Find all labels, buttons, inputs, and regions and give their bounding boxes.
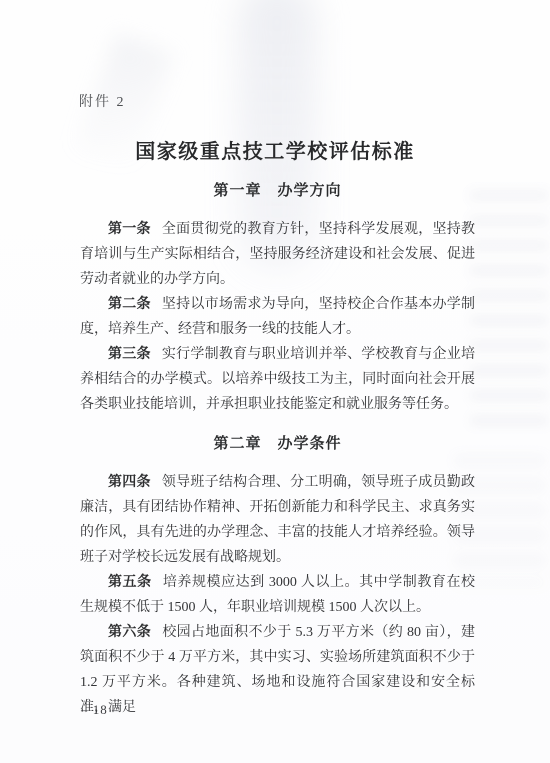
article-6-label: 第六条 [108,625,151,640]
article-1: 第一条全面贯彻党的教育方针，坚持科学发展观，坚持教育培训与生产实际相结合，坚持服… [80,217,475,292]
article-4-label: 第四条 [108,475,151,490]
document-title: 国家级重点技工学校评估标准 [0,135,550,164]
scan-artifact-bleedthrough [470,190,548,430]
article-5: 第五条培养规模应达到 3000 人以上。其中学制教育在校生规模不低于 1500 … [80,570,475,620]
chapter-1-heading: 第一章 办学方向 [80,181,475,201]
article-3: 第三条实行学制教育与职业培训并举、学校教育与企业培养相结合的办学模式。以培养中级… [80,342,475,417]
article-4: 第四条领导班子结构合理、分工明确，领导班子成员勤政廉洁，具有团结协作精神、开拓创… [80,470,475,570]
article-6: 第六条校园占地面积不少于 5.3 万平方米（约 80 亩），建筑面积不少于 4 … [80,620,475,720]
page-number: – 18 – [81,702,120,718]
article-3-label: 第三条 [108,347,151,362]
chapter-2-heading: 第二章 办学条件 [80,434,475,454]
article-5-label: 第五条 [108,575,152,590]
attachment-label: 附件 2 [79,91,126,111]
article-1-label: 第一条 [108,222,151,237]
scanned-document-page: 附件 2 国家级重点技工学校评估标准 第一章 办学方向 第一条全面贯彻党的教育方… [0,0,550,763]
document-body: 第一章 办学方向 第一条全面贯彻党的教育方针，坚持科学发展观，坚持教育培训与生产… [80,181,475,720]
article-2-label: 第二条 [108,297,151,312]
article-2: 第二条坚持以市场需求为导向，坚持校企合作基本办学制度，培养生产、经营和服务一线的… [80,292,475,342]
